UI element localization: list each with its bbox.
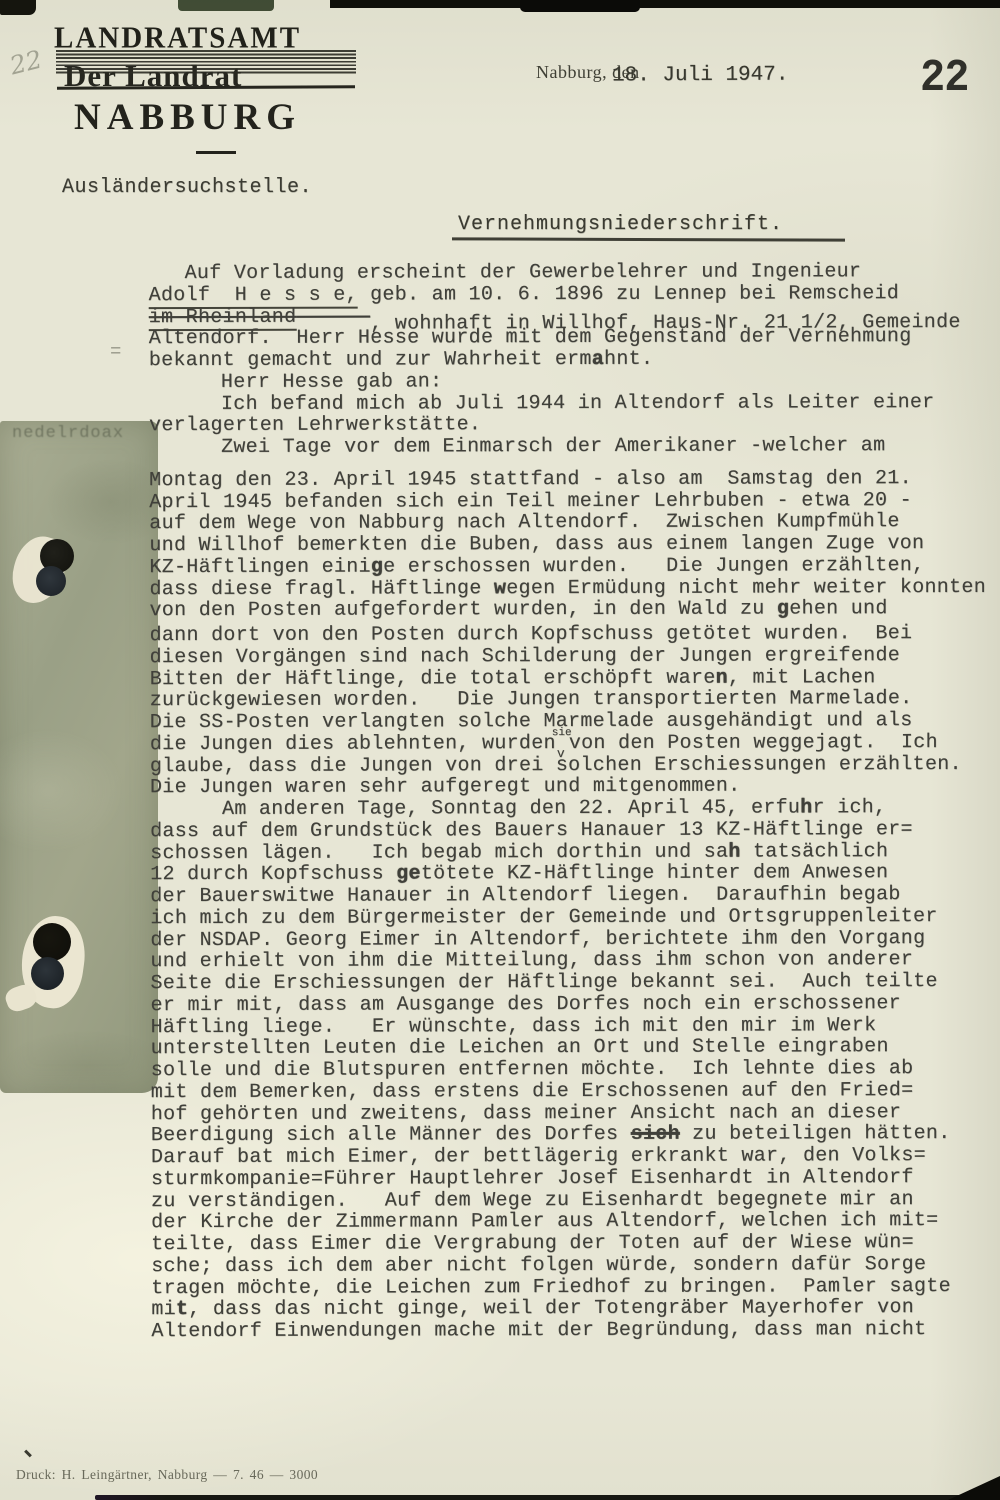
text-segment: dass diese fragl. Häftlinge <box>149 577 494 601</box>
text-segment: Zwei Tage vor dem Einmarsch der Amerikan… <box>221 434 885 459</box>
insertion-text: sie <box>552 723 572 745</box>
text-segment: tötete KZ-Häftlinge hinter dem Anwesen <box>421 861 889 885</box>
scan-bottom-edge <box>95 1495 1000 1500</box>
text-line: Ich befand mich ab Juli 1944 in Altendor… <box>149 391 1000 415</box>
text-segment: Ich befand mich ab Juli 1944 in Altendor… <box>221 391 935 416</box>
text-segment: n <box>716 666 728 689</box>
typed-date: 18. Juli 1947. <box>612 64 789 88</box>
scan-corner-wedge <box>948 1476 1000 1500</box>
punch-hole <box>36 566 66 596</box>
text-segment: h <box>800 796 812 819</box>
body-text: Auf Vorladung erscheint der Gewerbelehre… <box>149 261 1000 1343</box>
caret-mark: v <box>557 743 565 765</box>
text-segment: die Jungen dies ablehnten, wurden <box>150 732 556 756</box>
text-segment: a <box>592 348 604 371</box>
text-segment: ehen und <box>789 597 887 620</box>
sheet-number: 22 <box>920 52 968 104</box>
text-line: von den Posten aufgefordert wurden, in d… <box>149 598 1000 622</box>
divider-dash <box>196 151 236 154</box>
text-line: bekannt gemacht und zur Wahrheit ermahnt… <box>149 348 1000 372</box>
text-segment: t <box>176 1298 188 1321</box>
text-segment: ge <box>396 863 421 886</box>
text-segment: g <box>777 598 789 621</box>
text-segment: Herr Hesse gab an: <box>221 370 442 394</box>
text-segment: tatsächlich <box>741 840 889 863</box>
text-segment: von den Posten weggejagt. Ich <box>569 731 938 755</box>
text-segment: verlagerten Lehrwerkstätte. <box>149 413 481 437</box>
text-segment: von den Posten aufgefordert wurden, in d… <box>149 598 776 623</box>
department-label: Ausländersuchstelle. <box>62 176 312 199</box>
text-segment: mi <box>151 1298 176 1321</box>
text-segment: egen Ermüdung nicht mehr weiter konnten <box>506 575 986 599</box>
text-segment: h <box>728 840 740 863</box>
scanned-document-page: nedelrdoax LANDRATSAMT Der Landrat NABBU… <box>0 0 1000 1500</box>
title-underline <box>452 237 845 241</box>
text-segment: , mit Lachen <box>728 666 876 689</box>
text-segment: r ich, <box>813 796 887 819</box>
text-line: Zwei Tage vor dem Einmarsch der Amerikan… <box>149 435 1000 459</box>
letterhead-city: NABBURG <box>74 96 301 139</box>
text-segment: Beerdigung sich alle Männer des Dorfes <box>151 1123 631 1147</box>
text-segment: bekannt gemacht und zur Wahrheit erm <box>149 348 592 372</box>
text-line: Altendorf Einwendungen mache mit der Beg… <box>151 1319 1000 1343</box>
text-line: Adolf H e s s e, geb. am 10. 6. 1896 zu … <box>149 283 1000 307</box>
scan-top-edge <box>330 0 1000 8</box>
document-title: Vernehmungsniederschrift. <box>458 213 783 236</box>
text-segment: Am anderen Tage, Sonntag den 22. April 4… <box>222 796 800 821</box>
bleedthrough-text: nedelrdoax <box>12 424 124 443</box>
text-segment: Altendorf Einwendungen mache mit der Beg… <box>151 1318 926 1343</box>
text-segment: , wohnhaft in Willhof, Haus-Nr. 21 1/2, … <box>370 310 961 335</box>
scan-top-edge-left <box>0 0 36 15</box>
punch-hole <box>33 923 71 961</box>
text-segment: w <box>494 577 506 600</box>
text-segment <box>296 305 370 328</box>
scan-top-edge-blob <box>520 0 640 12</box>
text-segment: schossen lägen. Ich begab mich dorthin u… <box>150 840 728 865</box>
printer-imprint: Druck: H. Leingärtner, Nabburg — 7. 46 —… <box>16 1467 318 1483</box>
pen-mark <box>24 1450 32 1458</box>
inserted-word: siev <box>556 734 569 755</box>
text-segment: KZ-Häftlingen eini <box>149 555 370 579</box>
text-segment: hnt. <box>604 348 653 371</box>
punch-hole <box>31 957 64 990</box>
text-segment: geb. am 10. 6. 1896 zu Lennep bei Remsch… <box>358 282 899 306</box>
scan-top-edge-mid <box>178 0 274 11</box>
text-segment: sich <box>631 1123 680 1146</box>
text-segment: e erschossen wurden. Die Jungen erzählte… <box>383 554 924 578</box>
text-segment: g <box>371 555 383 578</box>
text-segment: Die Jungen waren sehr aufgeregt und mitg… <box>150 775 741 800</box>
text-line: glaube, dass die Jungen von drei solchen… <box>150 753 1000 777</box>
text-segment: zu beteiligen hätten. <box>680 1122 951 1146</box>
margin-mark: = <box>110 341 121 363</box>
letterhead-rule-block <box>56 50 356 74</box>
text-segment: Bitten der Häftlinge, die total erschöpf… <box>150 666 716 690</box>
text-segment: 12 durch Kopfschuss <box>150 863 396 887</box>
text-line: im Rheinland , wohnhaft in Willhof, Haus… <box>149 304 1000 328</box>
handwritten-number: 22 <box>7 45 45 81</box>
